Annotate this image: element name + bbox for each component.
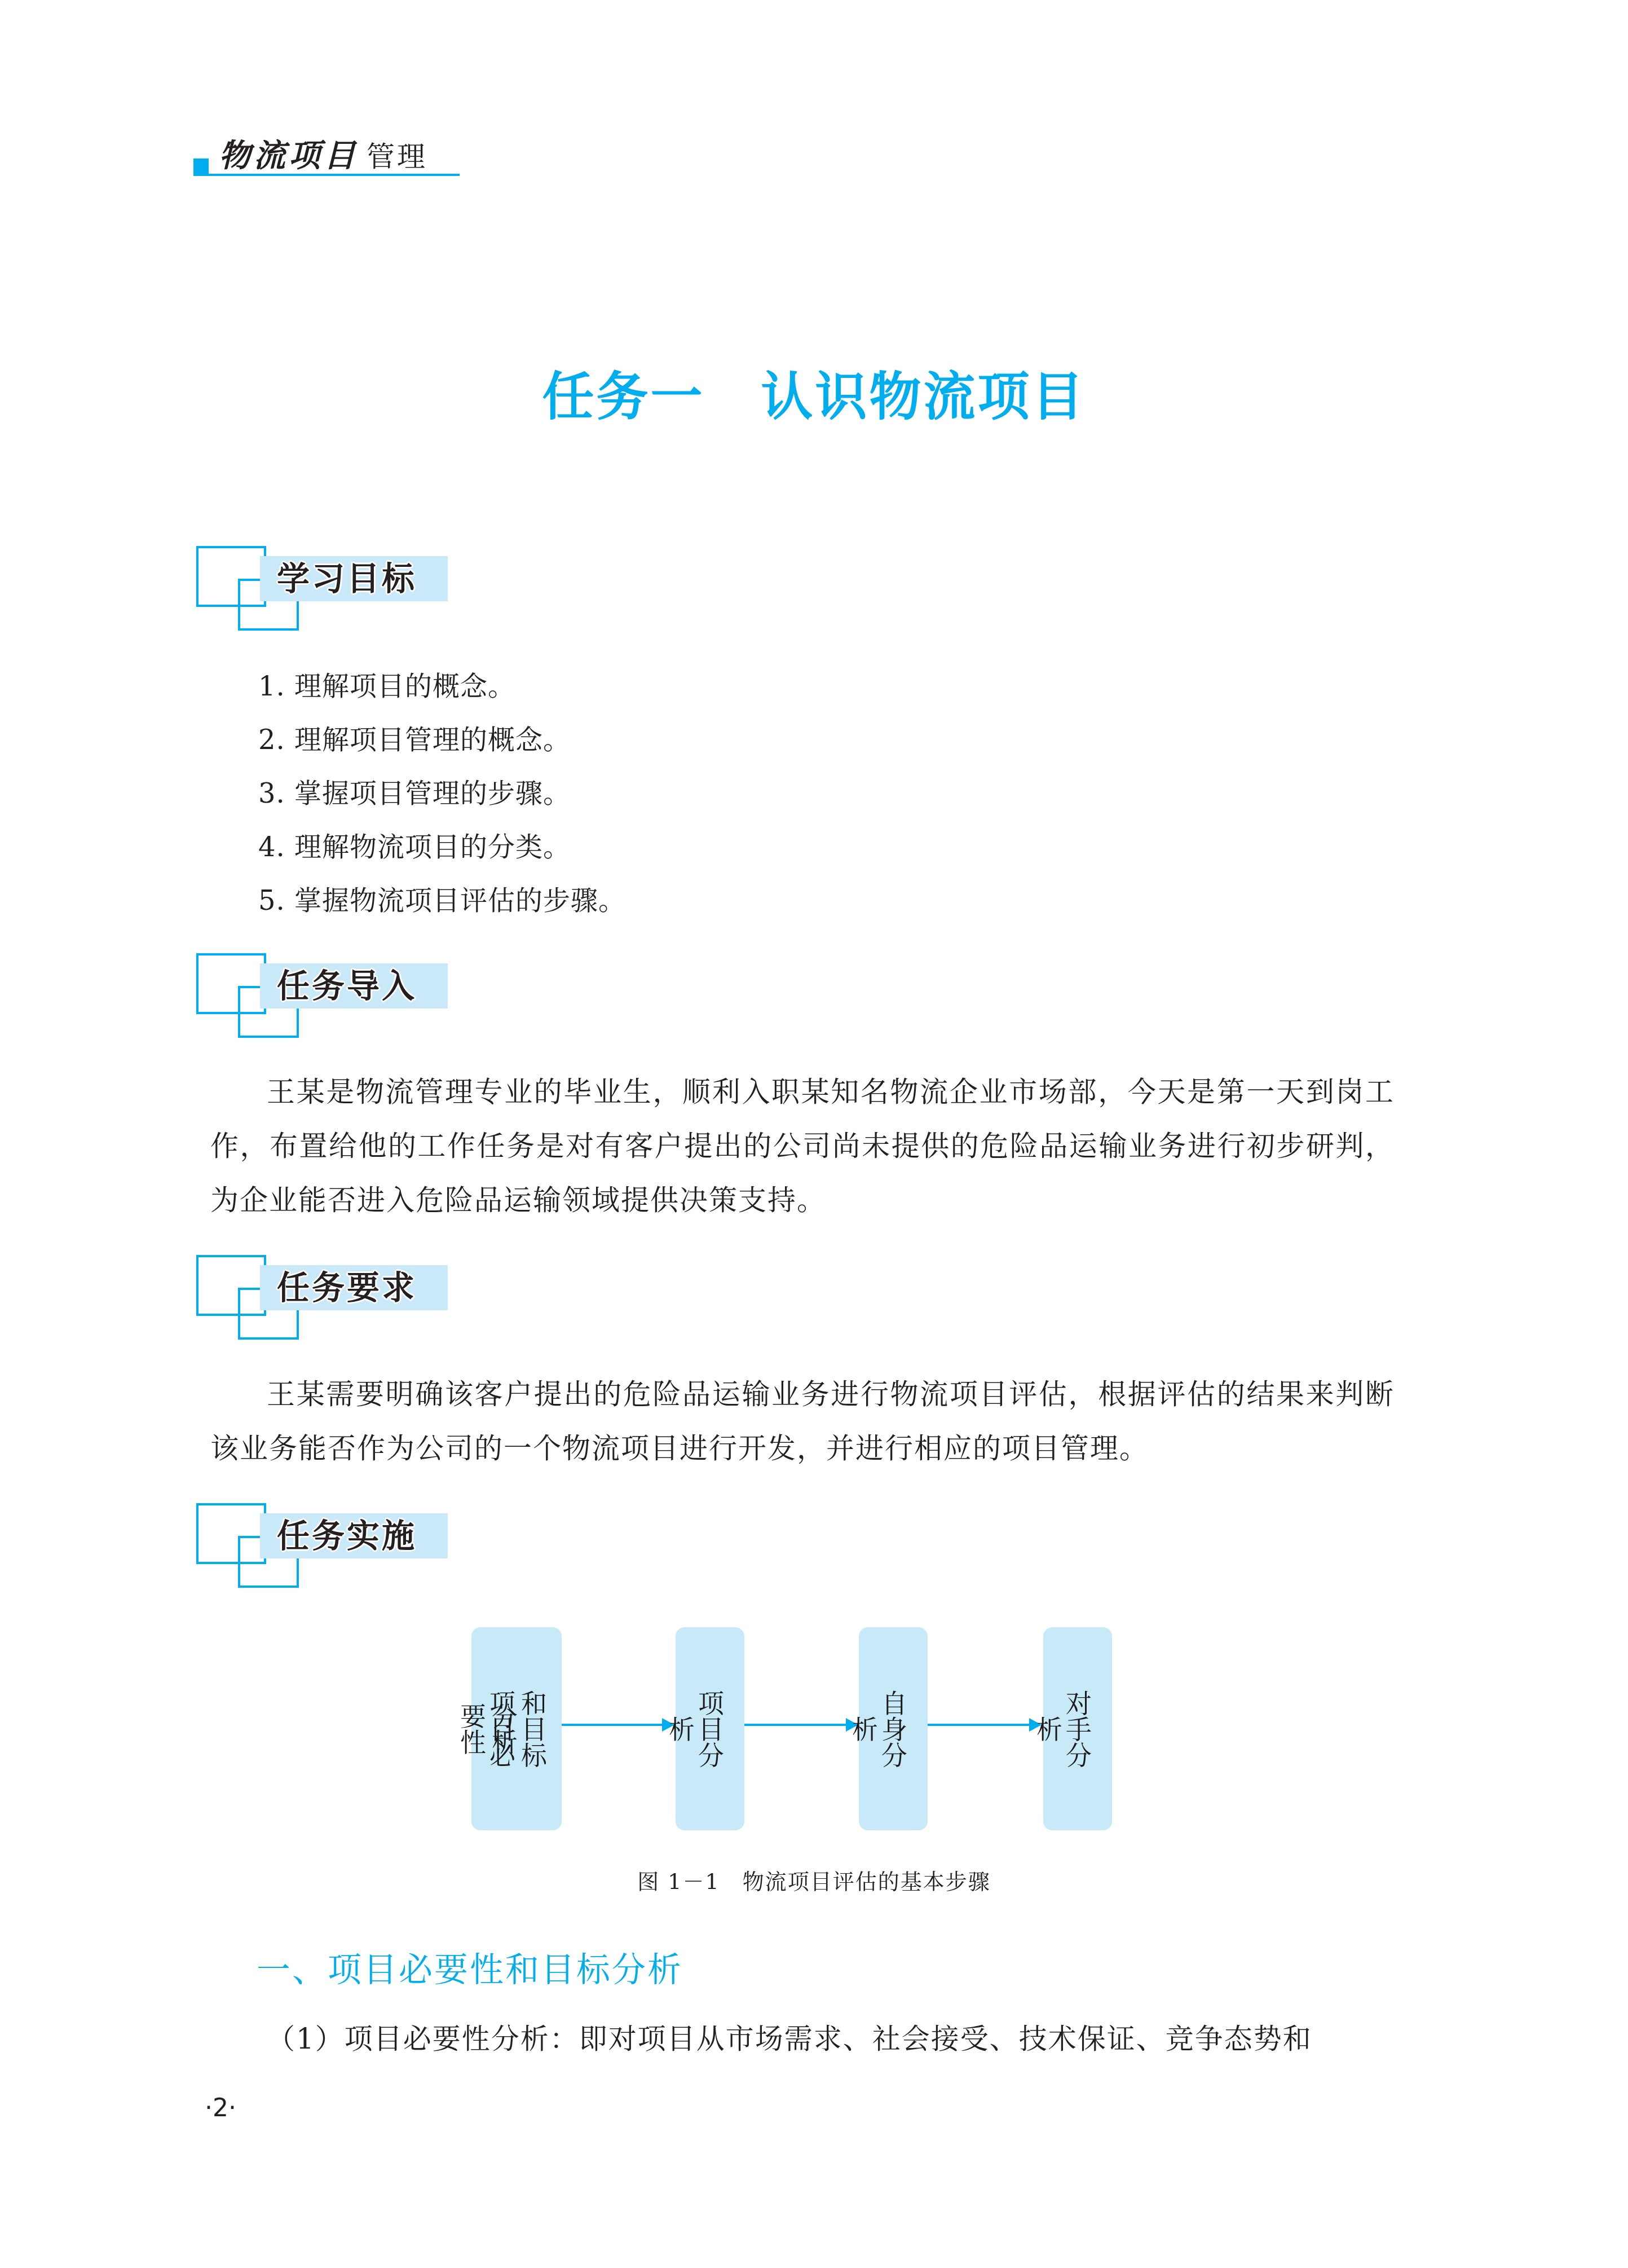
section-tag-task-implementation: 任务实施 bbox=[196, 1503, 444, 1588]
arrow-right-icon bbox=[562, 1724, 672, 1726]
task-requirements-paragraph: 王某需要明确该客户提出的危险品运输业务进行物流项目评估，根据评估的结果来判断该业… bbox=[210, 1367, 1395, 1476]
flow-step-label: 对手分析 bbox=[1064, 1678, 1092, 1780]
figure-caption: 图 1－1物流项目评估的基本步骤 bbox=[0, 1864, 1628, 1895]
goal-item: 3. 掌握项目管理的步骤。 bbox=[258, 772, 571, 811]
flow-step-competitor-analysis: 对手分析 bbox=[1043, 1627, 1112, 1830]
header-accent-block bbox=[193, 158, 209, 175]
task-intro-paragraph: 王某是物流管理专业的毕业生，顺利入职某知名物流企业市场部，今天是第一天到岗工作，… bbox=[210, 1065, 1395, 1227]
figure-title: 物流项目评估的基本步骤 bbox=[743, 1869, 991, 1894]
flow-step-self-analysis: 自身分析 bbox=[859, 1627, 928, 1830]
goal-item: 2. 理解项目管理的概念。 bbox=[258, 718, 571, 757]
goal-item: 1. 理解项目的概念。 bbox=[258, 664, 515, 703]
section-label: 任务要求 bbox=[260, 1265, 448, 1310]
running-header: 物流项目管理 bbox=[219, 131, 427, 176]
flow-step-label: 项目分析 bbox=[696, 1678, 724, 1780]
task-name: 认识物流项目 bbox=[761, 366, 1086, 427]
section-label: 任务导入 bbox=[260, 963, 448, 1009]
section-tag-task-requirements: 任务要求 bbox=[196, 1255, 444, 1340]
page-title: 任务一认识物流项目 bbox=[0, 355, 1628, 430]
section-label: 学习目标 bbox=[260, 556, 448, 601]
task-number: 任务一 bbox=[542, 366, 704, 427]
section-tag-task-intro: 任务导入 bbox=[196, 953, 444, 1038]
book-title: 物流项目 bbox=[219, 137, 359, 174]
subsection-heading: 一、项目必要性和目标分析 bbox=[257, 1943, 683, 1992]
page-number: ·2· bbox=[205, 2094, 236, 2122]
subsection-paragraph: （1）项目必要性分析：即对项目从市场需求、社会接受、技术保证、竞争态势和 bbox=[210, 2012, 1395, 2066]
arrow-right-icon bbox=[744, 1724, 856, 1726]
flow-step-project-analysis: 项目分析 bbox=[676, 1627, 744, 1830]
flow-step-necessity-goal-analysis: 项目必要性 和目标分析 bbox=[471, 1627, 562, 1830]
arrow-right-icon bbox=[928, 1724, 1039, 1726]
figure-number: 图 1－1 bbox=[637, 1869, 720, 1894]
flow-step-label: 和目标分析 bbox=[519, 1678, 547, 1780]
book-subtitle: 管理 bbox=[367, 140, 427, 173]
flow-step-label: 自身分析 bbox=[879, 1678, 907, 1780]
section-tag-learning-goals: 学习目标 bbox=[196, 546, 444, 631]
section-label: 任务实施 bbox=[260, 1513, 448, 1558]
goal-item: 5. 掌握物流项目评估的步骤。 bbox=[258, 879, 626, 918]
goal-item: 4. 理解物流项目的分类。 bbox=[258, 825, 571, 864]
